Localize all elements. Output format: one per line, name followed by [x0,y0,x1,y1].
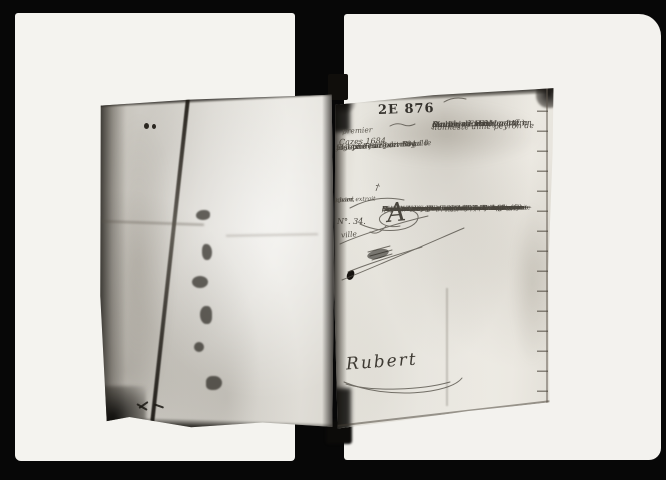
ink-dot [144,123,149,129]
horizontal-crease [226,233,318,236]
ink-stain [202,244,212,260]
scanned-register-spread: 1. 2E 876 premier Cazes 1684 L'a este fa… [0,0,666,480]
pen-flourishes [332,84,558,432]
ink-stain [200,306,212,324]
ink-stain [192,276,208,288]
ink-stain [194,342,204,352]
ink-dot [152,124,156,129]
right-page-manuscript: 1. 2E 876 premier Cazes 1684 L'a este fa… [332,84,558,432]
ink-stain [206,376,222,390]
gutter-edge-shadow [322,92,334,432]
ink-stain [196,210,210,220]
left-page-parchment-cover [96,92,334,432]
